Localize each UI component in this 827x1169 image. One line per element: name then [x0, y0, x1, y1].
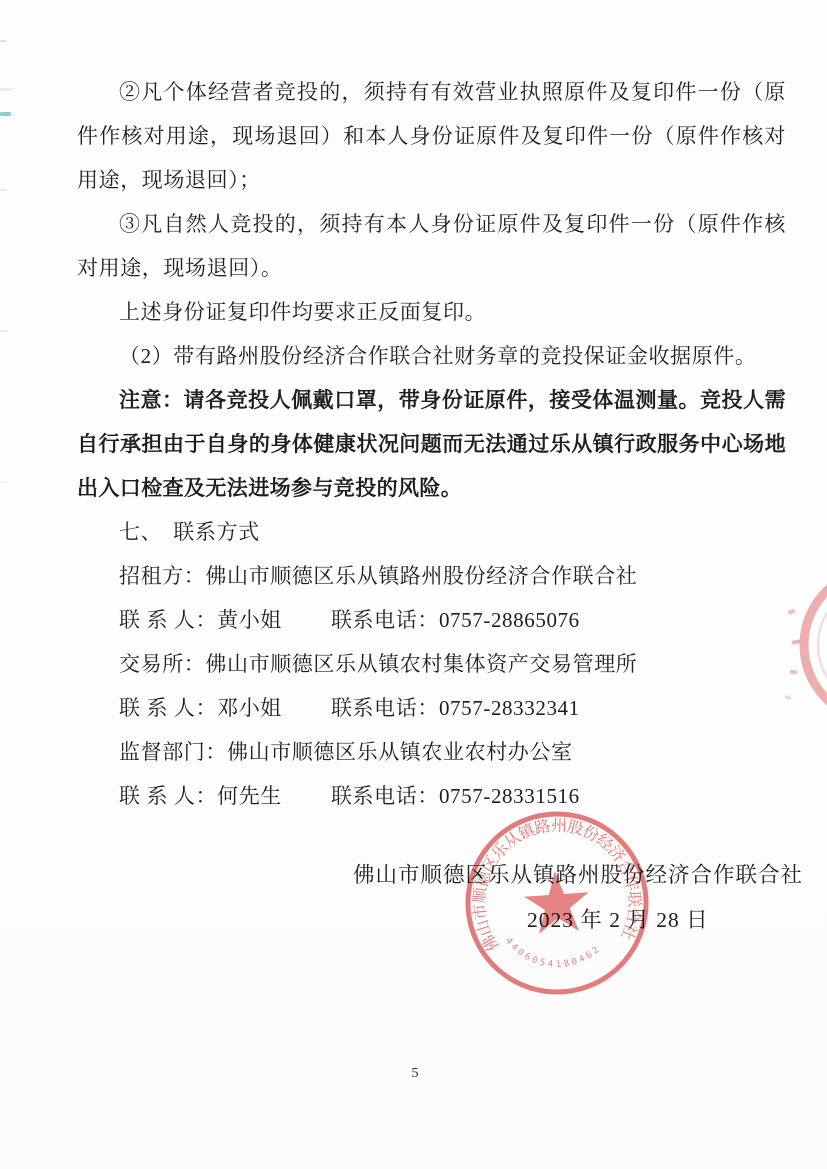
scan-artifact [0, 112, 11, 116]
signature-date: 2023 年 2 月 28 日 [527, 903, 709, 934]
paragraph: 交易所：佛山市顺德区乐从镇农村集体资产交易管理所 [77, 642, 786, 686]
paragraph: 上述身份证复印件均要求正反面复印。 [77, 290, 786, 334]
scan-artifact [0, 40, 6, 42]
scan-artifact [0, 88, 13, 91]
scan-artifact [0, 330, 8, 332]
paragraph: ②凡个体经营者竞投的，须持有有效营业执照原件及复印件一份（原件作核对用途，现场退… [77, 70, 786, 202]
paragraph: 联 系 人：何先生 联系电话：0757-28331516 [77, 774, 786, 818]
paragraph: 七、 联系方式 [77, 510, 786, 554]
paragraph: （2）带有路州股份经济合作联合社财务章的竞投保证金收据原件。 [77, 334, 786, 378]
paragraph: 联 系 人：黄小姐 联系电话：0757-28865076 [77, 598, 786, 642]
document-body: ②凡个体经营者竞投的，须持有有效营业执照原件及复印件一份（原件作核对用途，现场退… [77, 70, 786, 818]
paragraph: 联 系 人：邓小姐 联系电话：0757-28332341 [77, 686, 786, 730]
scan-artifact [0, 481, 6, 483]
edge-seal-fragment [780, 578, 827, 748]
paragraph: 监督部门：佛山市顺德区乐从镇农业农村办公室 [77, 730, 786, 774]
signature-org: 佛山市顺德区乐从镇路州股份经济合作联合社 [353, 858, 803, 889]
scan-artifact [0, 189, 7, 191]
paragraph: 注意：请各竞投人佩戴口罩，带身份证原件，接受体温测量。竞投人需自行承担由于自身的… [77, 378, 786, 510]
seal-code: 4406054180462 [503, 930, 605, 974]
document-page: ②凡个体经营者竞投的，须持有有效营业执照原件及复印件一份（原件作核对用途，现场退… [0, 0, 827, 1169]
paragraph: 招租方：佛山市顺德区乐从镇路州股份经济合作联合社 [77, 554, 786, 598]
paragraph: ③凡自然人竞投的，须持有本人身份证原件及复印件一份（原件作核对用途，现场退回）。 [77, 202, 786, 290]
page-number: 5 [400, 1066, 430, 1082]
